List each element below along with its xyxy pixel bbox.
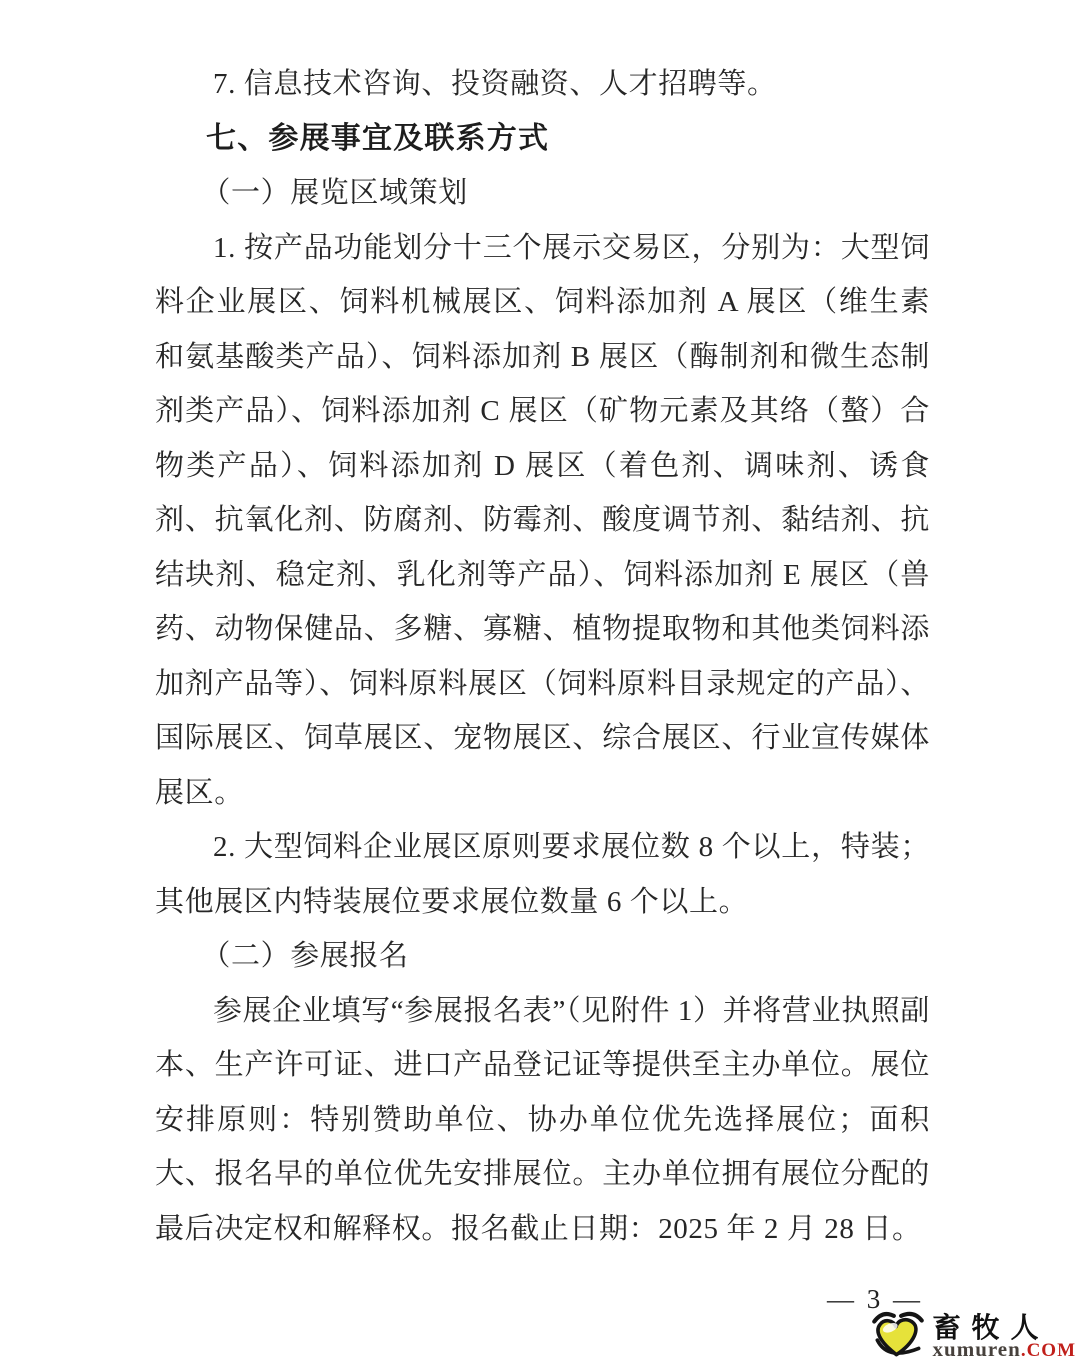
- paragraph-exhibition-zones: 1. 按产品功能划分十三个展示交易区，分别为：大型饲料企业展区、饲料机械展区、饲…: [155, 221, 930, 821]
- paragraph-registration: 参展企业填写“参展报名表”（见附件 1）并将营业执照副本、生产许可证、进口产品登…: [155, 984, 930, 1257]
- subsection-heading-2: （二）参展报名: [155, 929, 930, 984]
- section-heading: 七、参展事宜及联系方式: [155, 112, 930, 167]
- logo-tld-text: .COM: [1021, 1340, 1076, 1361]
- logo-en-text: xumuren: [933, 1337, 1021, 1361]
- paragraph-booth-requirements: 2. 大型饲料企业展区原则要求展位数 8 个以上，特装；其他展区内特装展位要求展…: [155, 820, 930, 929]
- subsection-heading-1: （一）展览区域策划: [155, 166, 930, 221]
- logo-text: 畜牧人 xumuren.COM: [933, 1315, 1076, 1361]
- heart-logo-icon: [867, 1309, 929, 1361]
- logo-en-line: xumuren.COM: [933, 1340, 1076, 1360]
- list-item-7: 7. 信息技术咨询、投资融资、人才招聘等。: [155, 57, 930, 112]
- document-body: 7. 信息技术咨询、投资融资、人才招聘等。 七、参展事宜及联系方式 （一）展览区…: [155, 57, 930, 1256]
- xumuren-logo: 畜牧人 xumuren.COM: [867, 1309, 1076, 1361]
